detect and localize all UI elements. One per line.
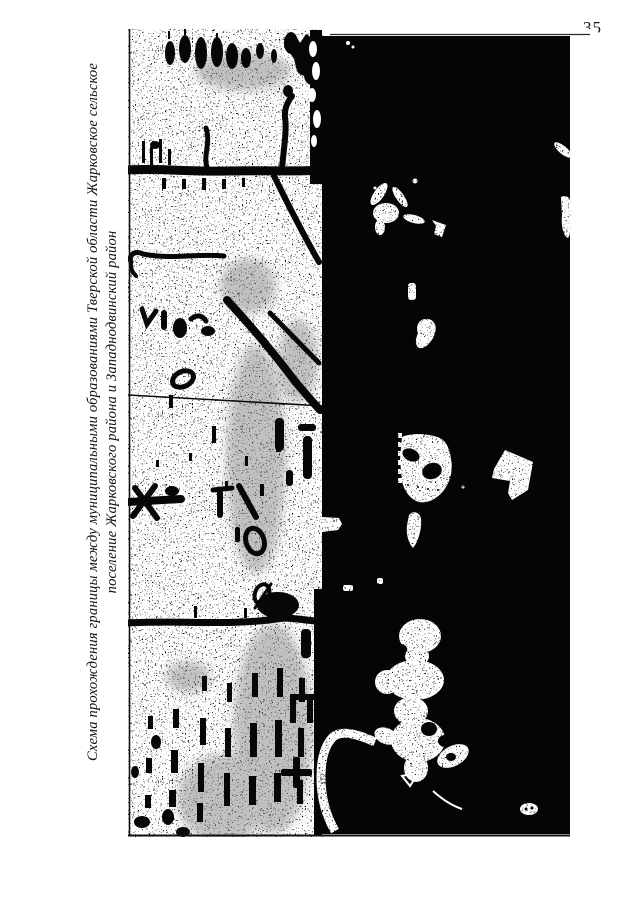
map-elevation-label: 172: [319, 773, 328, 785]
map-title-line1: Схема прохождения границы между муниципа…: [84, 12, 103, 812]
document-page: 35 Схема прохождения границы между муниц…: [0, 0, 640, 905]
map-right-dark-region: 172: [308, 30, 574, 835]
map-left-topo-region: [128, 29, 324, 837]
map-scan-svg: 172: [128, 29, 598, 837]
map-title-line2: поселение Жарковского района и Западнодв…: [103, 12, 122, 812]
map-title: Схема прохождения границы между муниципа…: [84, 12, 124, 812]
map-image: 172: [128, 29, 598, 837]
